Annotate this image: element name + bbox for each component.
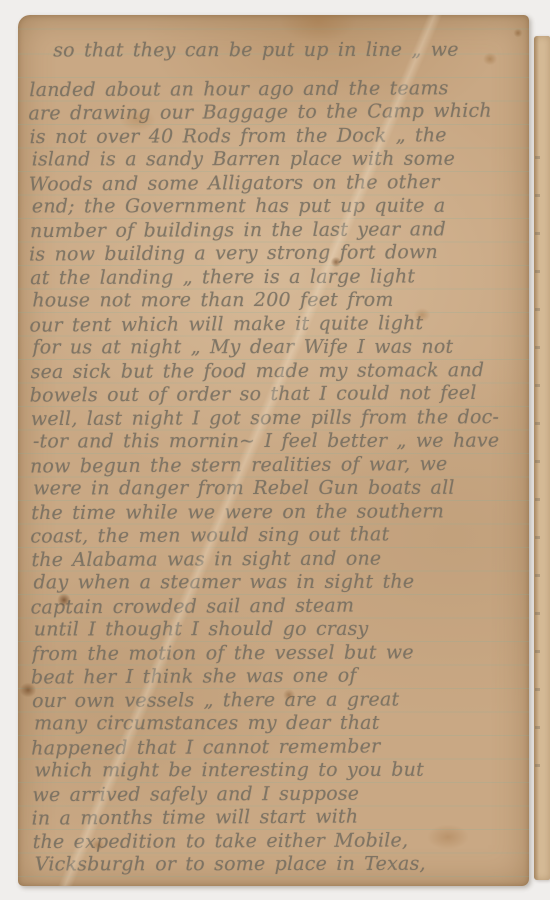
letter-page: so that they can be put up in line „ we …: [18, 15, 529, 886]
handwritten-line: beat her I think she was one of: [31, 663, 525, 690]
handwritten-line: bowels out of order so that I could not …: [30, 381, 524, 408]
handwritten-line: our own vessels „ there are a great: [32, 687, 526, 713]
handwritten-line: we arrived safely and I suppose: [32, 781, 526, 807]
handwritten-line: day when a steamer was in sight the: [34, 571, 528, 595]
handwritten-line: sea sick but the food made my stomack an…: [31, 358, 525, 384]
handwritten-line: Woods and some Alligators on the other: [29, 170, 523, 197]
handwritten-line: now begun the stern realities of war, we: [30, 452, 524, 479]
handwritten-line: so that they can be put up in line „ we: [31, 39, 525, 63]
handwritten-line: end; the Government has put up quite a: [32, 195, 526, 219]
handwritten-line: is now building a very strong fort down: [29, 240, 523, 267]
handwritten-line: the expedition to take either Mobile,: [33, 828, 527, 854]
handwritten-line: were in danger from Rebel Gun boats all: [33, 477, 527, 501]
handwritten-line: -tor and this mornin~ I feel better „ we…: [33, 430, 527, 454]
letter-body: so that they can be put up in line „ we …: [29, 38, 527, 878]
adjacent-page-writing-marks: [535, 156, 540, 796]
handwritten-line: number of buildings in the last year and: [30, 217, 524, 243]
handwritten-line: the Alabama was in sight and one: [31, 546, 525, 572]
handwritten-line: at the landing „ there is a large light: [30, 264, 524, 290]
handwritten-line: the time while we were on the southern: [31, 499, 525, 525]
handwritten-line: are drawing our Baggage to the Camp whic…: [28, 99, 522, 126]
handwritten-line: Vicksburgh or to some place in Texas,: [35, 853, 529, 877]
handwritten-line: landed about an hour ago and the teams: [29, 76, 523, 102]
handwritten-line: happened that I cannot remember: [31, 734, 525, 761]
handwritten-line: which might be interesting to you but: [34, 759, 528, 783]
handwritten-line: well, last night I got some pills from t…: [31, 405, 525, 431]
handwritten-line: many circumstances my dear that: [34, 712, 528, 736]
handwritten-line: coast, the men would sing out that: [30, 522, 524, 549]
handwritten-line: our tent which will make it quite light: [29, 311, 523, 338]
handwritten-line: island is a sandy Barren place with some: [32, 148, 526, 172]
handwritten-line: house not more than 200 feet from: [32, 289, 526, 313]
handwritten-line: in a months time will start with: [32, 804, 526, 831]
handwritten-line: is not over 40 Rods from the Dock „ the: [30, 123, 524, 149]
handwritten-line: from the motion of the vessel but we: [32, 640, 526, 666]
adjacent-page-edge: [534, 36, 550, 880]
handwritten-line: until I thought I should go crasy: [34, 618, 528, 642]
handwritten-line: captain crowded sail and steam: [31, 593, 525, 620]
handwritten-line: for us at night „ My dear Wife I was not: [32, 336, 526, 360]
